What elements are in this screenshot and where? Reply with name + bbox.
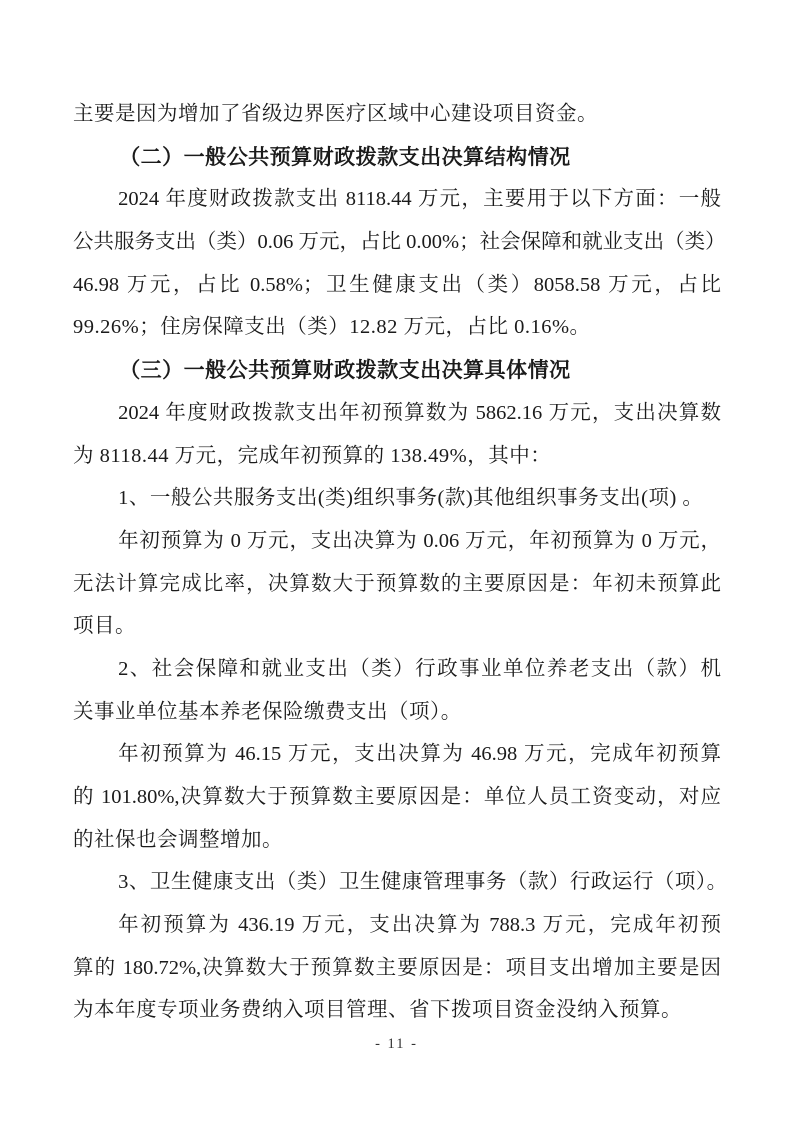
document-body: 主要是因为增加了省级边界医疗区域中心建设项目资金。 （二）一般公共预算财政拨款支… bbox=[73, 93, 721, 1032]
paragraph-line: 无法计算完成比率，决算数大于预算数的主要原因是：年初未预算此 bbox=[73, 563, 721, 606]
paragraph-line: 算的 180.72%,决算数大于预算数主要原因是：项目支出增加主要是因 bbox=[73, 947, 721, 990]
paragraph-line: 公共服务支出（类）0.06 万元，占比 0.00%；社会保障和就业支出（类） bbox=[73, 221, 721, 264]
section-heading-3: （三）一般公共预算财政拨款支出决算具体情况 bbox=[73, 349, 721, 392]
paragraph-line: 为本年度专项业务费纳入项目管理、省下拨项目资金没纳入预算。 bbox=[73, 989, 721, 1032]
paragraph-line: 主要是因为增加了省级边界医疗区域中心建设项目资金。 bbox=[73, 93, 721, 136]
paragraph-line: 年初预算为 46.15 万元，支出决算为 46.98 万元，完成年初预算 bbox=[73, 733, 721, 776]
page-number: - 11 - bbox=[0, 1036, 793, 1053]
document-page: 主要是因为增加了省级边界医疗区域中心建设项目资金。 （二）一般公共预算财政拨款支… bbox=[0, 0, 793, 1122]
paragraph-line: 的社保也会调整增加。 bbox=[73, 819, 721, 862]
paragraph-line: 2、社会保障和就业支出（类）行政事业单位养老支出（款）机 bbox=[73, 648, 721, 691]
paragraph-line: 年初预算为 436.19 万元，支出决算为 788.3 万元，完成年初预 bbox=[73, 904, 721, 947]
paragraph-line: 2024 年度财政拨款支出年初预算数为 5862.16 万元，支出决算数 bbox=[73, 392, 721, 435]
section-heading-2: （二）一般公共预算财政拨款支出决算结构情况 bbox=[73, 136, 721, 179]
paragraph-line: 46.98 万元，占比 0.58%；卫生健康支出（类）8058.58 万元，占比 bbox=[73, 264, 721, 307]
paragraph-line: 关事业单位基本养老保险缴费支出（项）。 bbox=[73, 691, 721, 734]
paragraph-line: 2024 年度财政拨款支出 8118.44 万元，主要用于以下方面：一般 bbox=[73, 178, 721, 221]
paragraph-line: 1、一般公共服务支出(类)组织事务(款)其他组织事务支出(项) 。 bbox=[73, 477, 721, 520]
paragraph-line: 3、卫生健康支出（类）卫生健康管理事务（款）行政运行（项）。 bbox=[73, 861, 721, 904]
paragraph-line: 99.26%；住房保障支出（类）12.82 万元，占比 0.16%。 bbox=[73, 306, 721, 349]
paragraph-line: 项目。 bbox=[73, 605, 721, 648]
paragraph-line: 的 101.80%,决算数大于预算数主要原因是：单位人员工资变动，对应 bbox=[73, 776, 721, 819]
paragraph-line: 为 8118.44 万元，完成年初预算的 138.49%，其中： bbox=[73, 435, 721, 478]
paragraph-line: 年初预算为 0 万元，支出决算为 0.06 万元，年初预算为 0 万元， bbox=[73, 520, 721, 563]
